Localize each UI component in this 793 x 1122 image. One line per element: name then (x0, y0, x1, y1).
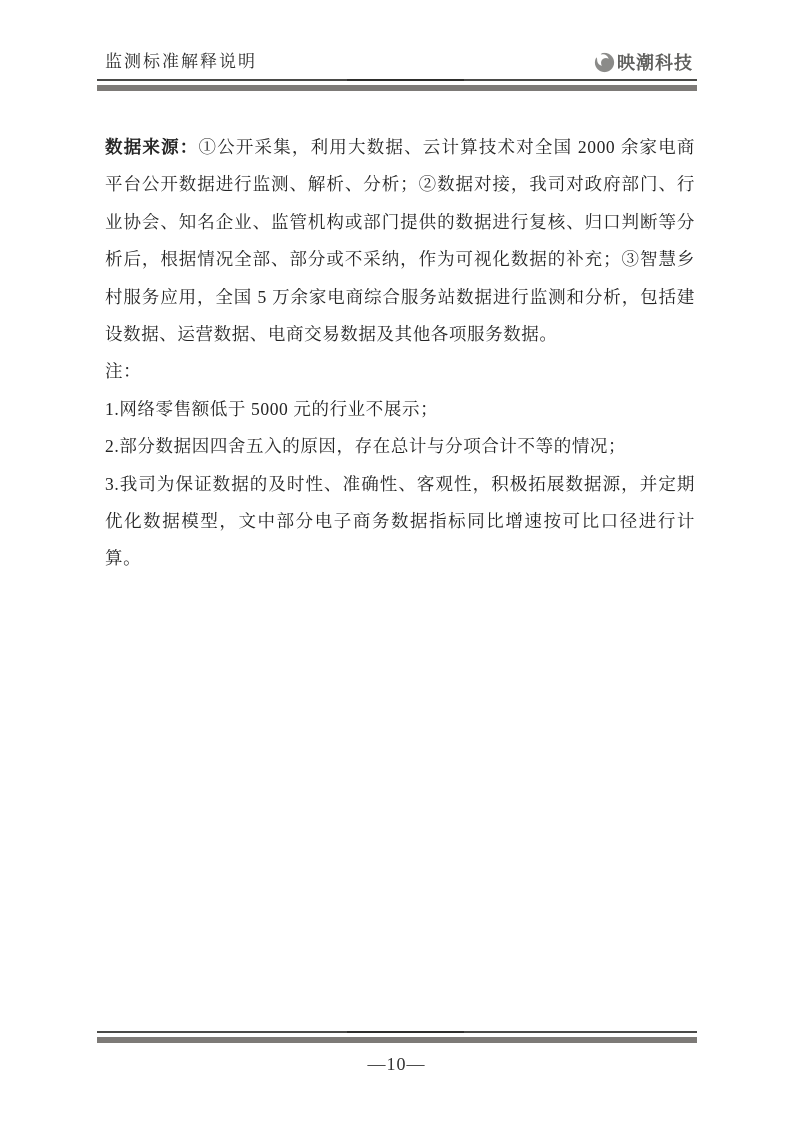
brand-lockup: 映潮科技 (594, 49, 693, 75)
document-page: 监测标准解释说明 映潮科技 数据来源：①公开采集，利用大数据、云计算技术对全国 … (0, 0, 793, 1122)
page-number: —10— (0, 1054, 793, 1075)
body-text-block: 数据来源：①公开采集，利用大数据、云计算技术对全国 2000 余家电商平台公开数… (105, 129, 695, 578)
header-title: 监测标准解释说明 (105, 47, 257, 72)
note-label: 注： (105, 353, 695, 390)
footer-rule-thick (97, 1037, 697, 1043)
note-item-3: 3.我司为保证数据的及时性、准确性、客观性，积极拓展数据源，并定期优化数据模型，… (105, 466, 695, 578)
data-source-text: ①公开采集，利用大数据、云计算技术对全国 2000 余家电商平台公开数据进行监测… (105, 137, 695, 344)
brand-swirl-icon (594, 52, 615, 73)
data-source-paragraph: 数据来源：①公开采集，利用大数据、云计算技术对全国 2000 余家电商平台公开数… (105, 129, 695, 353)
header-rule-accent (347, 79, 464, 82)
header-rule-thick (97, 85, 697, 91)
data-source-label: 数据来源： (105, 137, 198, 157)
note-item-2: 2.部分数据因四舍五入的原因，存在总计与分项合计不等的情况； (105, 428, 695, 465)
brand-name: 映潮科技 (617, 49, 693, 75)
note-item-1: 1.网络零售额低于 5000 元的行业不展示； (105, 391, 695, 428)
footer-rule-accent (347, 1031, 464, 1034)
